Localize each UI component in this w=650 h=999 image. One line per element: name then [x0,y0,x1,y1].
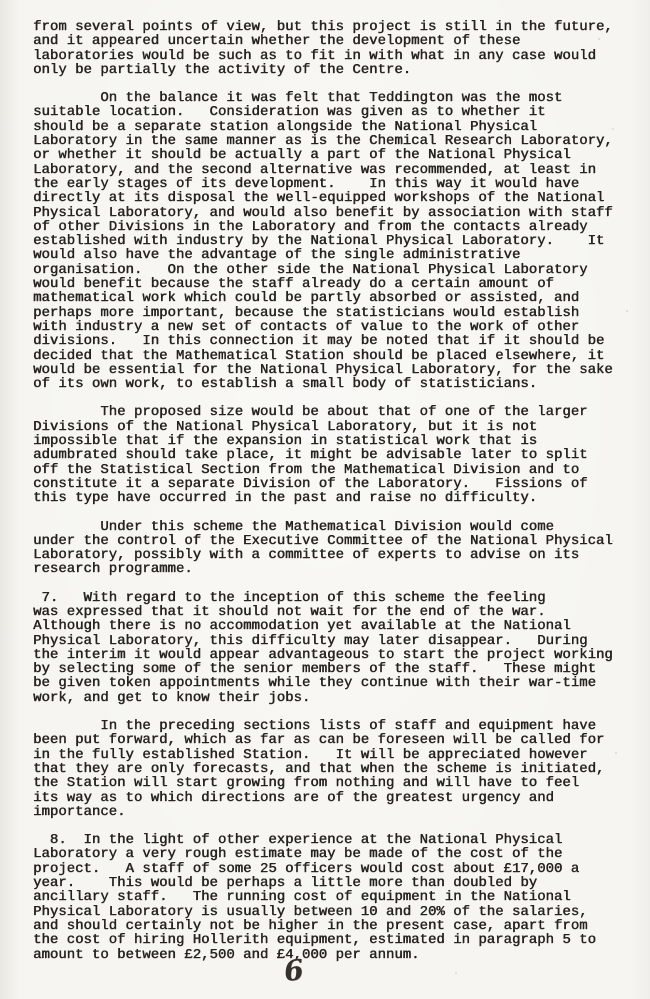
handwritten-page-number: 6 [282,953,305,988]
text-line: adumbrated should take place, it might b… [33,448,639,462]
text-line: only be partially the activity of the Ce… [33,63,639,77]
text-line: work, and get to know their jobs. [33,691,639,705]
text-line: directly at its disposal the well-equipp… [33,191,639,205]
text-line: ancillary staff. The running cost of equ… [33,890,639,904]
text-line: of other Divisions in the Laboratory and… [33,220,639,234]
text-line: Physical Laboratory is usually between 1… [33,905,639,919]
text-line: decided that the Mathematical Station sh… [33,349,639,363]
text-line: this type have occurred in the past and … [33,491,639,505]
text-line: and it appeared uncertain whether the de… [33,34,639,48]
text-line: Although there is no accommodation yet a… [33,619,639,633]
text-line: The proposed size would be about that of… [33,405,639,419]
paragraph: In the preceding sections lists of staff… [33,719,639,819]
text-line: Laboratory a very rough estimate may be … [33,847,639,861]
paragraph: 7. With regard to the inception of this … [33,591,639,705]
text-line: project. A staff of some 25 officers wou… [33,862,639,876]
scan-noise-speckles [0,0,2,2]
paragraph: On the balance it was felt that Teddingt… [33,91,639,391]
text-line: 7. With regard to the inception of this … [33,591,639,605]
paragraph: The proposed size would be about that of… [33,405,639,505]
text-line: Laboratory, and the second alternative w… [33,163,639,177]
paragraph: Under this scheme the Mathematical Divis… [33,520,639,577]
text-line: the cost of hiring Hollerith equipment, … [33,933,639,947]
paragraph: from several points of view, but this pr… [33,20,639,77]
text-line: be given token appointments while they c… [33,676,639,690]
text-line: of its own work, to establish a small bo… [33,377,639,391]
text-line: Under this scheme the Mathematical Divis… [33,520,639,534]
text-line: would be essential for the National Phys… [33,363,639,377]
text-line: off the Statistical Section from the Mat… [33,463,639,477]
text-line: importance. [33,805,639,819]
paragraph: 8. In the light of other experience at t… [33,833,639,962]
text-line: under the control of the Executive Commi… [33,534,639,548]
text-line: in the fully established Station. It wil… [33,748,639,762]
text-line: been put forward, which as far as can be… [33,733,639,747]
text-line: Divisions of the National Physical Labor… [33,420,639,434]
document-text: from several points of view, but this pr… [33,20,639,976]
text-line: amount to between £2,500 and £4,000 per … [33,948,639,962]
text-line: Physical Laboratory, and would also bene… [33,206,639,220]
document-page: from several points of view, but this pr… [0,0,650,999]
text-line: should be a separate station alongside t… [33,120,639,134]
text-line: research programme. [33,562,639,576]
text-line: the Station will start growing from noth… [33,776,639,790]
text-line: laboratories would be such as to fit in … [33,49,639,63]
text-line: suitable location. Consideration was giv… [33,105,639,119]
text-line: would also have the advantage of the sin… [33,248,639,262]
text-line: mathematical work which could be partly … [33,291,639,305]
text-line: or whether it should be actually a part … [33,148,639,162]
text-line: organisation. On the other side the Nati… [33,263,639,277]
text-line: perhaps more important, because the stat… [33,306,639,320]
text-line: its way as to which directions are of th… [33,791,639,805]
text-line: divisions. In this connection it may be … [33,334,639,348]
text-line: Physical Laboratory, this difficulty may… [33,634,639,648]
